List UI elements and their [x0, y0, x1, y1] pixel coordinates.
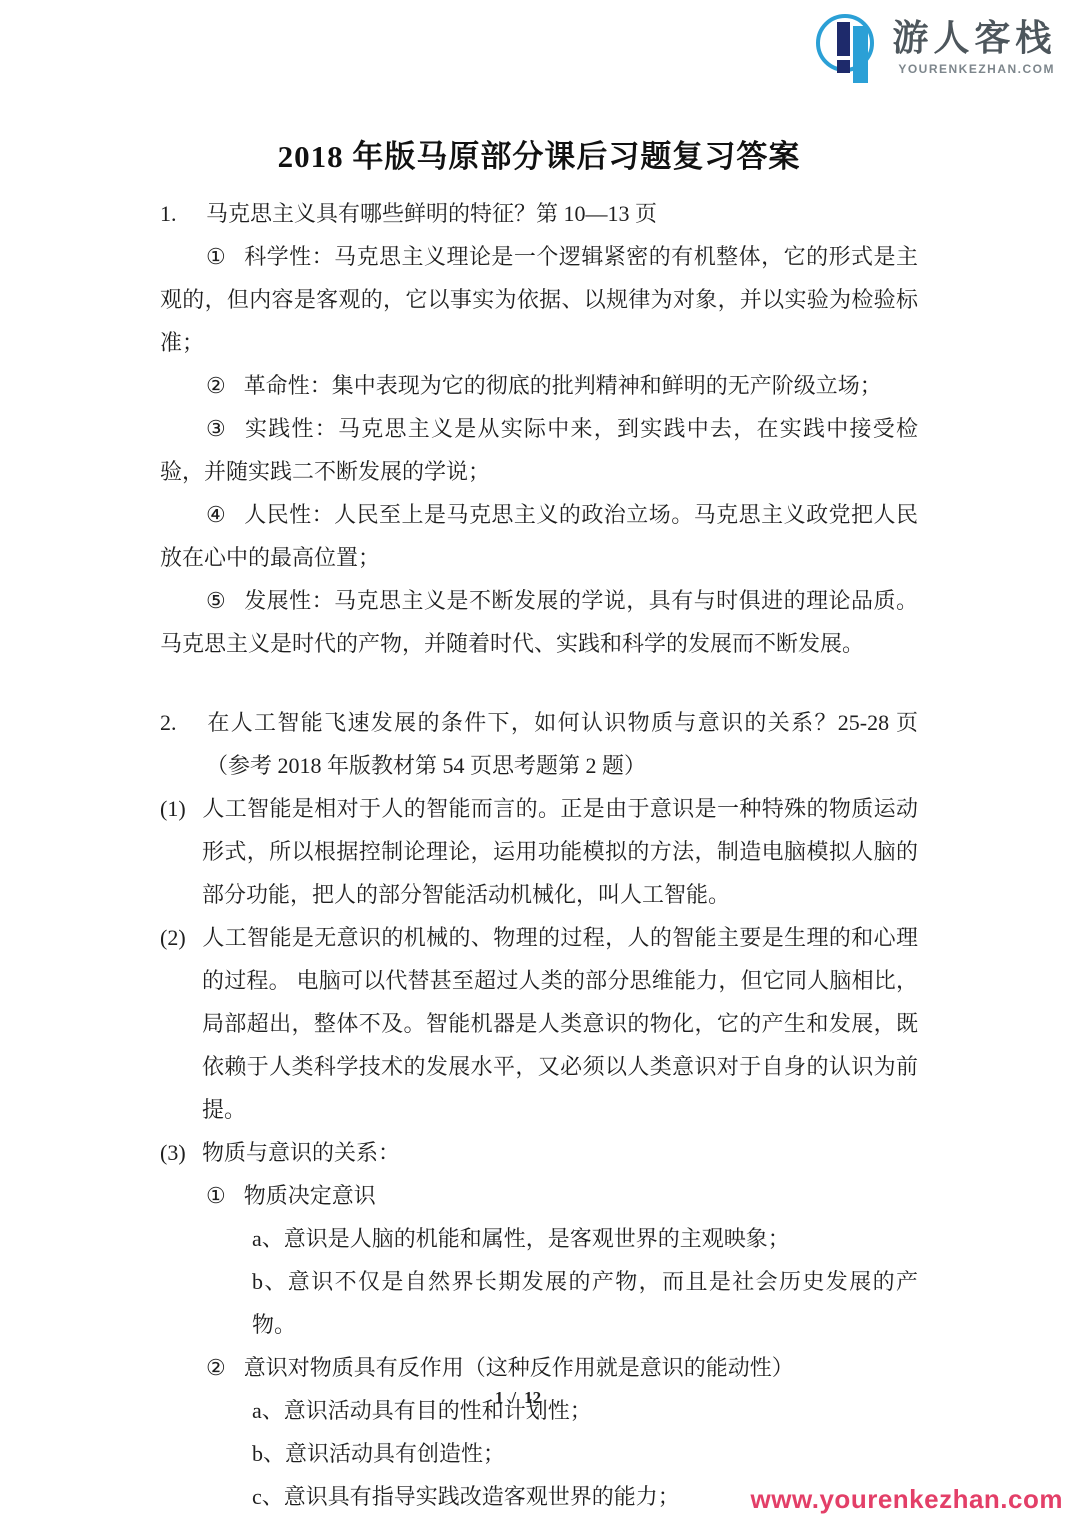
q1-answer-2: ②革命性：集中表现为它的彻底的批判精神和鲜明的无产阶级立场；: [160, 364, 918, 407]
q2-sub-2-item-c-text: 意识具有指导实践改造客观世界的能力；: [284, 1484, 680, 1509]
q2-answer-1: (1)人工智能是相对于人的智能而言的。正是由于意识是一种特殊的物质运动形式，所以…: [160, 787, 918, 916]
q2-sub-1-item-a: a、意识是人脑的机能和属性，是客观世界的主观映象；: [252, 1217, 918, 1260]
section-gap: [160, 665, 918, 701]
question-1: 1.马克思主义具有哪些鲜明的特征？第 10—13 页: [160, 192, 918, 235]
q2-answer-3-marker: (3): [160, 1131, 202, 1174]
q1-answer-5: ⑤发展性：马克思主义是不断发展的学说，具有与时俱进的理论品质。马克思主义是时代的…: [160, 579, 918, 665]
q2-sub-1-text: 物质决定意识: [244, 1183, 376, 1208]
q1-answer-4: ④人民性：人民至上是马克思主义的政治立场。马克思主义政党把人民放在心中的最高位置…: [160, 493, 918, 579]
logo-dark-bar-shape: [837, 22, 850, 56]
question-2-number: 2.: [160, 701, 206, 744]
q2-sub-2: ②意识对物质具有反作用（这种反作用就是意识的能动性）: [206, 1346, 918, 1389]
q2-sub-1-item-a-text: 意识是人脑的机能和属性，是客观世界的主观映象；: [284, 1226, 790, 1251]
q1-answer-1-text: 科学性：马克思主义理论是一个逻辑紧密的有机整体，它的形式是主观的，但内容是客观的…: [160, 244, 918, 355]
q1-answer-2-text: 革命性：集中表现为它的彻底的批判精神和鲜明的无产阶级立场；: [244, 373, 882, 398]
q2-answer-2: (2)人工智能是无意识的机械的、物理的过程，人的智能主要是生理的和心理的过程。 …: [160, 916, 918, 1131]
q2-sub-1-marker: ①: [206, 1183, 226, 1208]
q2-sub-1-item-b: b、意识不仅是自然界长期发展的产物，而且是社会历史发展的产物。: [252, 1260, 918, 1346]
q2-answer-2-text: 人工智能是无意识的机械的、物理的过程，人的智能主要是生理的和心理的过程。 电脑可…: [202, 925, 918, 1122]
page-number-separator: /: [507, 1388, 520, 1407]
q1-answer-3-marker: ③: [206, 416, 227, 441]
watermark-link[interactable]: www.yourenkezhan.com: [751, 1484, 1063, 1515]
page-number: 1/12: [160, 1388, 876, 1408]
q2-sub-2-item-c-marker: c、: [252, 1484, 284, 1509]
q1-answer-4-marker: ④: [206, 502, 226, 527]
q1-answer-5-marker: ⑤: [206, 588, 226, 613]
q2-sub-1-item-b-marker: b、: [252, 1269, 288, 1294]
logo-building-icon: [816, 8, 882, 90]
question-1-text: 马克思主义具有哪些鲜明的特征？第 10—13 页: [206, 201, 657, 226]
document-content: 2018 年版马原部分课后习题复习答案 1.马克思主义具有哪些鲜明的特征？第 1…: [160, 134, 918, 1518]
q2-sub-1-item-a-marker: a、: [252, 1226, 284, 1251]
q2-answer-1-marker: (1): [160, 787, 202, 830]
question-2-text: 在人工智能飞速发展的条件下，如何认识物质与意识的关系？25-28 页（参考 20…: [206, 710, 918, 778]
q2-sub-2-item-b-text: 意识活动具有创造性；: [285, 1441, 505, 1466]
logo-dark-dot-shape: [837, 60, 850, 73]
q2-answer-3-text: 物质与意识的关系：: [202, 1140, 400, 1165]
logo-domain-row: YOURENKEZHAN.COM: [892, 62, 1061, 76]
q1-answer-1: ①科学性：马克思主义理论是一个逻辑紧密的有机整体，它的形式是主观的，但内容是客观…: [160, 235, 918, 364]
q1-answer-5-text: 发展性：马克思主义是不断发展的学说，具有与时俱进的理论品质。马克思主义是时代的产…: [160, 588, 918, 656]
q1-answer-4-text: 人民性：人民至上是马克思主义的政治立场。马克思主义政党把人民放在心中的最高位置；: [160, 502, 918, 570]
q1-answer-3-text: 实践性：马克思主义是从实际中来，到实践中去，在实践中接受检验，并随实践二不断发展…: [160, 416, 918, 484]
logo-domain-text: YOURENKEZHAN.COM: [892, 62, 1061, 76]
site-logo: 游人客栈 YOURENKEZHAN.COM: [816, 8, 1061, 90]
page-title: 2018 年版马原部分课后习题复习答案: [160, 134, 918, 180]
q2-answer-1-text: 人工智能是相对于人的智能而言的。正是由于意识是一种特殊的物质运动形式，所以根据控…: [202, 796, 918, 907]
q2-sub-2-marker: ②: [206, 1355, 226, 1380]
q2-sub-1-item-b-text: 意识不仅是自然界长期发展的产物，而且是社会历史发展的产物。: [252, 1269, 918, 1337]
q1-answer-1-marker: ①: [206, 244, 226, 269]
logo-brand-name: 游人客栈: [892, 18, 1061, 58]
question-2: 2.在人工智能飞速发展的条件下，如何认识物质与意识的关系？25-28 页（参考 …: [160, 701, 918, 787]
page-number-current: 1: [491, 1388, 508, 1407]
page-number-total: 12: [520, 1388, 545, 1407]
q1-answer-3: ③实践性：马克思主义是从实际中来，到实践中去，在实践中接受检验，并随实践二不断发…: [160, 407, 918, 493]
q2-sub-2-text: 意识对物质具有反作用（这种反作用就是意识的能动性）: [244, 1355, 794, 1380]
question-1-number: 1.: [160, 192, 206, 235]
logo-text-block: 游人客栈 YOURENKEZHAN.COM: [892, 8, 1061, 76]
q2-sub-2-item-b: b、意识活动具有创造性；: [252, 1432, 918, 1475]
q1-answer-2-marker: ②: [206, 373, 226, 398]
q2-sub-2-item-b-marker: b、: [252, 1441, 285, 1466]
q2-answer-2-marker: (2): [160, 916, 202, 959]
q2-answer-3: (3)物质与意识的关系：: [160, 1131, 918, 1174]
q2-sub-1: ①物质决定意识: [206, 1174, 918, 1217]
logo-light-bar-shape: [853, 26, 868, 83]
document-page: 游人客栈 YOURENKEZHAN.COM 2018 年版马原部分课后习题复习答…: [0, 0, 1075, 1521]
